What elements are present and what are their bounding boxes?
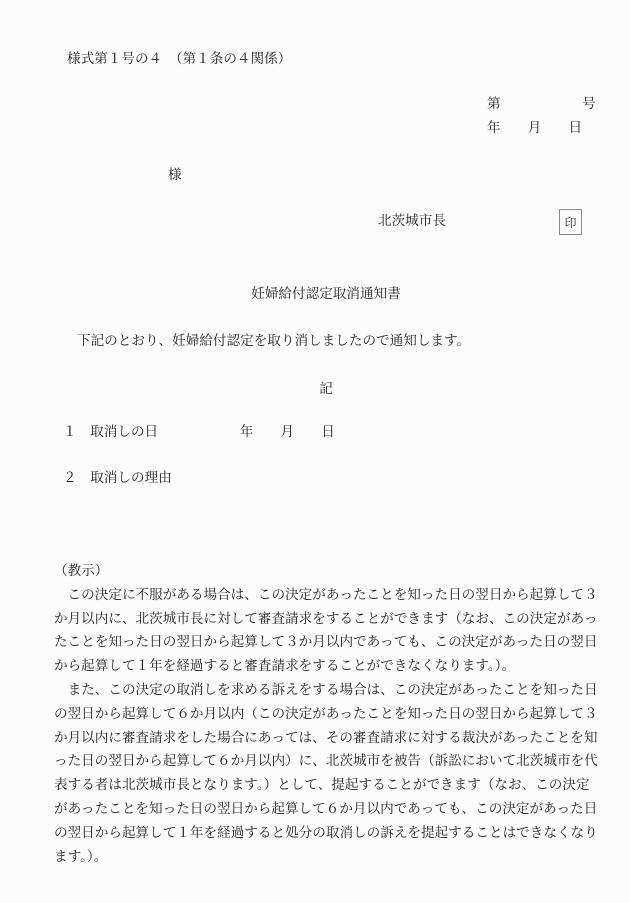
guidance-header: （教示） (54, 559, 614, 583)
guidance-line: 表する者は北茨城市長となります。）として、提起することができます（なお、この決定 (54, 773, 614, 797)
addressee-suffix: 様 (168, 167, 182, 184)
body-sentence: 下記のとおり、妊婦給付認定を取り消しましたので通知します。 (77, 333, 470, 350)
guidance-line: った日の翌日から起算して６か月以内）に、北茨城市を被告（訴訟において北茨城市を代 (54, 749, 614, 773)
guidance-line: の翌日から起算して１年を経過すると処分の取消しの訴えを提起することはできなくなり (54, 821, 614, 845)
guidance-line: たことを知った日の翌日から起算して３か月以内であっても、この決定があった日の翌日 (54, 630, 614, 654)
sender-title: 北茨城市長 (378, 213, 446, 230)
item-cancellation-reason: ２ 取消しの理由 (63, 470, 172, 487)
item-cancellation-date: １ 取消しの日 年 月 日 (63, 424, 335, 441)
ki-heading: 記 (54, 377, 598, 397)
guidance-lines: この決定に不服がある場合は、この決定があったことを知った日の翌日から起算して３か… (54, 583, 614, 869)
seal-box: 印 (559, 209, 582, 235)
form-number: 様式第１号の４ （第１条の４関係） (67, 51, 291, 68)
document-page: 様式第１号の４ （第１条の４関係） 第 号 年 月 日 様 北茨城市長 印 妊婦… (0, 0, 630, 903)
guidance-line: また、この決定の取消しを求める訴えをする場合は、この決定があったことを知った日 (54, 678, 614, 702)
guidance-section: （教示） この決定に不服がある場合は、この決定があったことを知った日の翌日から起… (54, 559, 614, 868)
guidance-line: ます。）。 (54, 845, 614, 869)
guidance-line: か月以内に審査請求をした場合にあっては、その審査請求に対する裁決があったことを知 (54, 726, 614, 750)
guidance-line: の翌日から起算して６か月以内（この決定があったことを知った日の翌日から起算して３ (54, 702, 614, 726)
guidance-line: か月以内に、北茨城市長に対して審査請求をすることができます（なお、この決定があっ (54, 607, 614, 631)
guidance-line: があったことを知った日の翌日から起算して６か月以内であっても、この決定があった日 (54, 797, 614, 821)
document-title: 妊婦給付認定取消通知書 (54, 282, 598, 302)
guidance-line: この決定に不服がある場合は、この決定があったことを知った日の翌日から起算して３ (54, 583, 614, 607)
document-number-line: 第 号 (487, 96, 596, 113)
seal-mark: 印 (564, 214, 576, 231)
document-date-line: 年 月 日 (487, 120, 582, 137)
guidance-line: から起算して１年を経過すると審査請求をすることができなくなります。）。 (54, 654, 614, 678)
